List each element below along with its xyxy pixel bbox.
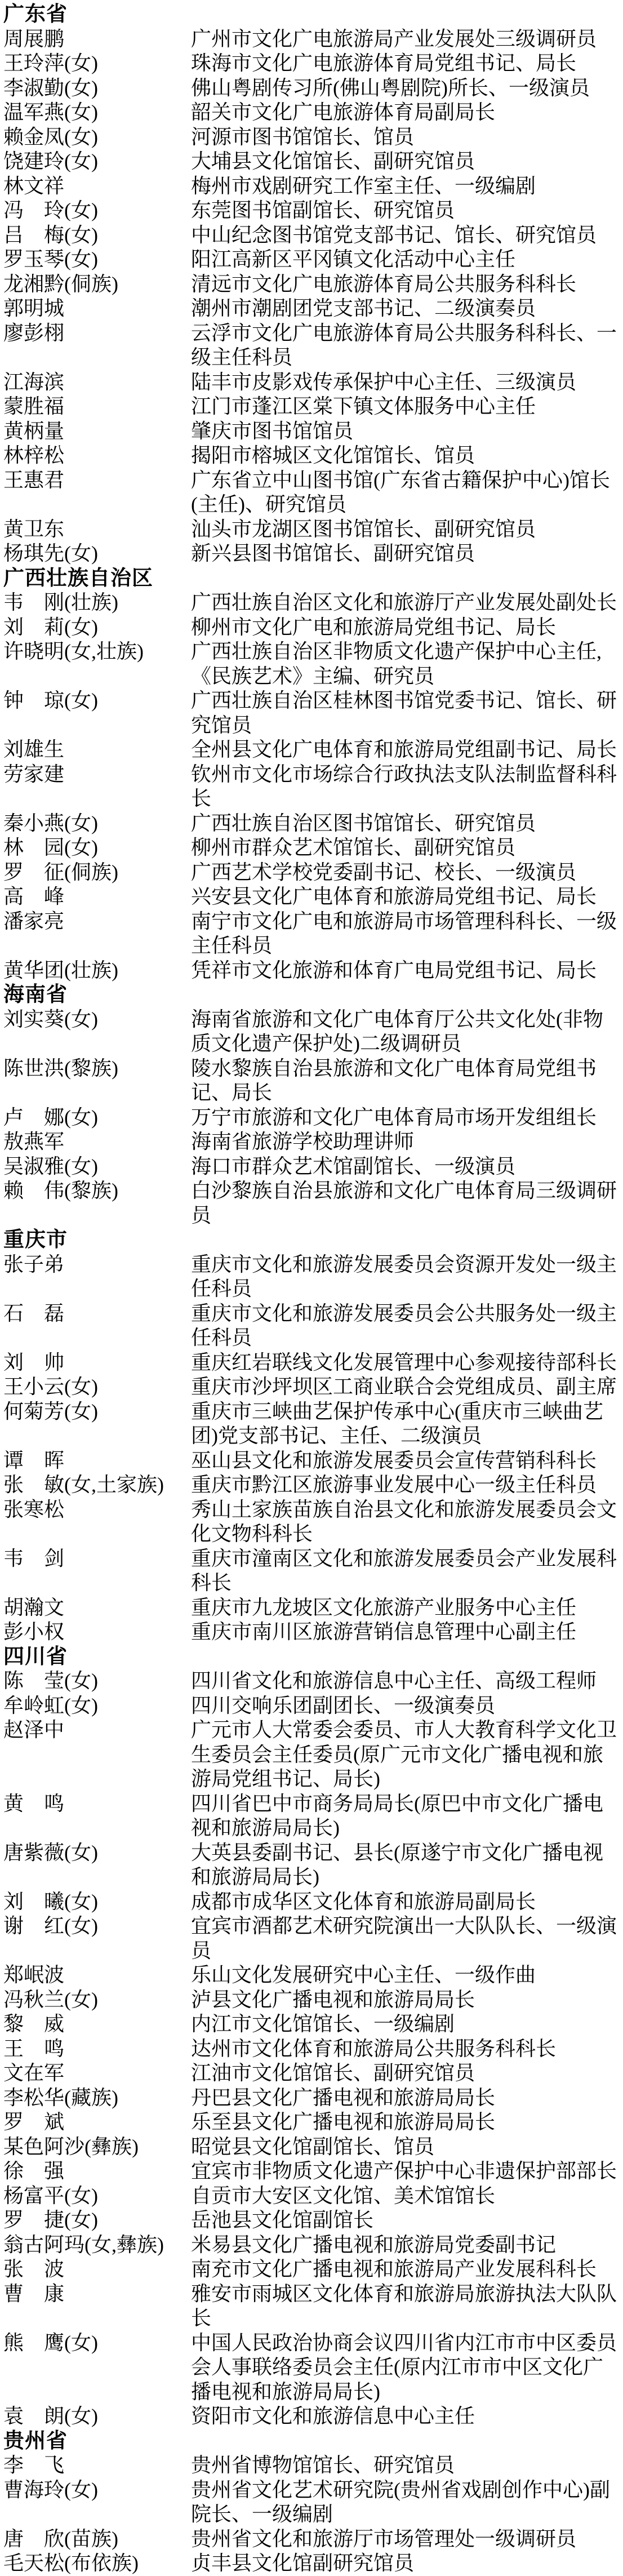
person-position: 河源市图书馆馆长、馆员: [191, 125, 623, 150]
person-position: 全州县文化广电体育和旅游局党组副书记、局长: [191, 738, 623, 762]
entry-row: 潘家亮南宁市文化广电和旅游局市场管理科科长、一级主任科员: [0, 909, 623, 958]
person-name: 赖 伟(黎族): [0, 1179, 191, 1203]
person-position: 宜宾市非物质文化遗产保护中心非遗保护部部长: [191, 2159, 623, 2184]
person-position: 重庆市九龙坡区文化旅游产业服务中心主任: [191, 1596, 623, 1620]
entry-row: 龙湘黔(侗族)清远市文化广电旅游体育局公共服务科科长: [0, 272, 623, 297]
entry-row: 罗 斌乐至县文化广播电视和旅游局局长: [0, 2110, 623, 2135]
person-position: 江门市蓬江区棠下镇文体服务中心主任: [191, 394, 623, 419]
person-name: 林文祥: [0, 174, 191, 199]
person-name: 高 峰: [0, 885, 191, 909]
person-position: 清远市文化广电旅游体育局公共服务科科长: [191, 272, 623, 297]
person-position: 内江市文化馆馆长、一级编剧: [191, 2012, 623, 2037]
entry-row: 林 园(女)柳州市群众艺术馆馆长、副研究馆员: [0, 836, 623, 860]
person-position: 佛山粤剧传习所(佛山粤剧院)所长、一级演员: [191, 76, 623, 101]
person-position: 重庆市文化和旅游发展委员会资源开发处一级主任科员: [191, 1253, 623, 1302]
person-position: 成都市成华区文化体育和旅游局副局长: [191, 1890, 623, 1915]
person-position: 贵州省博物馆馆长、研究馆员: [191, 2453, 623, 2478]
person-name: 韦 剑: [0, 1547, 191, 1571]
person-name: 钟 琼(女): [0, 689, 191, 713]
entry-row: 黄华团(壮族)凭祥市文化旅游和体育广电局党组书记、局长: [0, 958, 623, 983]
person-name: 吕 梅(女): [0, 223, 191, 248]
person-position: 重庆红岩联线文化发展管理中心参观接待部科长: [191, 1351, 623, 1375]
person-name: 赵泽中: [0, 1718, 191, 1743]
entry-row: 王小云(女)重庆市沙坪坝区工商业联合会党组成员、副主席: [0, 1375, 623, 1400]
person-name: 王惠君: [0, 468, 191, 493]
person-name: 谭 晖: [0, 1449, 191, 1473]
entry-row: 赵泽中广元市人大常委会委员、市人大教育科学文化卫生委员会主任委员(原广元市文化广…: [0, 1718, 623, 1792]
person-position: 万宁市旅游和文化广电体育局市场开发组组长: [191, 1105, 623, 1130]
person-position: 重庆市三峡曲艺保护传承中心(重庆市三峡曲艺团)党支部书记、主任、二级演员: [191, 1400, 623, 1449]
person-name: 饶建玲(女): [0, 149, 191, 174]
person-name: 敖燕军: [0, 1130, 191, 1154]
person-name: 罗 斌: [0, 2110, 191, 2135]
person-name: 黎 威: [0, 2012, 191, 2037]
person-position: 广西艺术学校党委副书记、校长、一级演员: [191, 860, 623, 885]
person-position: 自贡市大安区文化馆、美术馆馆长: [191, 2184, 623, 2209]
person-position: 肇庆市图书馆馆员: [191, 419, 623, 444]
person-position: 海口市群众艺术馆副馆长、一级演员: [191, 1154, 623, 1179]
entry-row: 廖彭栩云浮市文化广电旅游体育局公共服务科科长、一级主任科员: [0, 321, 623, 370]
entry-row: 高 峰兴安县文化广电体育和旅游局党组书记、局长: [0, 885, 623, 909]
person-name: 陈 莹(女): [0, 1669, 191, 1694]
person-name: 王 鸣: [0, 2037, 191, 2062]
person-position: 重庆市沙坪坝区工商业联合会党组成员、副主席: [191, 1375, 623, 1400]
person-position: 东莞图书馆副馆长、研究馆员: [191, 198, 623, 223]
entry-row: 卢 娜(女)万宁市旅游和文化广电体育局市场开发组组长: [0, 1105, 623, 1130]
person-position: 南充市文化广播电视和旅游局产业发展科科长: [191, 2257, 623, 2282]
entry-row: 李松华(藏族)丹巴县文化广播电视和旅游局局长: [0, 2086, 623, 2111]
person-position: 重庆市潼南区文化和旅游发展委员会产业发展科科长: [191, 1547, 623, 1596]
entry-row: 黄 鸣四川省巴中市商务局局长(原巴中市文化广播电视和旅游局局长): [0, 1792, 623, 1841]
entry-row: 劳家建钦州市文化市场综合行政执法支队法制监督科科长: [0, 762, 623, 811]
person-name: 王小云(女): [0, 1375, 191, 1400]
person-name: 黄柄量: [0, 419, 191, 444]
person-position: 广西壮族自治区文化和旅游厅产业发展处副处长: [191, 590, 623, 615]
person-name: 赖金凤(女): [0, 125, 191, 150]
person-name: 牟岭虹(女): [0, 1694, 191, 1718]
person-name: 翁古阿玛(女,彝族): [0, 2233, 191, 2258]
person-name: 彭小权: [0, 1620, 191, 1645]
entry-row: 黄柄量肇庆市图书馆馆员: [0, 419, 623, 444]
entry-row: 赖金凤(女)河源市图书馆馆长、馆员: [0, 125, 623, 150]
roster-list: 广东省周展鹏广州市文化广电旅游局产业发展处三级调研员王玲萍(女)珠海市文化广电旅…: [0, 2, 623, 2576]
entry-row: 韦 剑重庆市潼南区文化和旅游发展委员会产业发展科科长: [0, 1547, 623, 1596]
person-name: 王玲萍(女): [0, 51, 191, 76]
section-header: 广东省: [0, 2, 623, 27]
person-name: 罗 征(侗族): [0, 860, 191, 885]
person-name: 张子弟: [0, 1253, 191, 1277]
entry-row: 张 敏(女,土家族)重庆市黔江区旅游事业发展中心一级主任科员: [0, 1473, 623, 1498]
entry-row: 刘 帅重庆红岩联线文化发展管理中心参观接待部科长: [0, 1351, 623, 1375]
person-position: 资阳市文化和旅游信息中心主任: [191, 2404, 623, 2429]
person-position: 梅州市戏剧研究工作室主任、一级编剧: [191, 174, 623, 199]
person-position: 陆丰市皮影戏传承保护中心主任、三级演员: [191, 370, 623, 395]
person-name: 周展鹏: [0, 27, 191, 52]
person-name: 刘实葵(女): [0, 1007, 191, 1032]
entry-row: 林文祥梅州市戏剧研究工作室主任、一级编剧: [0, 174, 623, 199]
person-position: 韶关市文化广电旅游体育局副局长: [191, 100, 623, 125]
person-name: 韦 刚(壮族): [0, 590, 191, 615]
entry-row: 韦 刚(壮族)广西壮族自治区文化和旅游厅产业发展处副处长: [0, 590, 623, 615]
entry-row: 杨琪先(女)新兴县图书馆馆长、副研究馆员: [0, 541, 623, 566]
entry-row: 曹海玲(女)贵州省文化艺术研究院(贵州省戏剧创作中心)副院长、一级编剧: [0, 2478, 623, 2527]
person-name: 曹海玲(女): [0, 2478, 191, 2503]
person-name: 何菊芳(女): [0, 1400, 191, 1424]
person-position: 南宁市文化广电和旅游局市场管理科科长、一级主任科员: [191, 909, 623, 958]
entry-row: 林梓松揭阳市榕城区文化馆馆长、馆员: [0, 443, 623, 468]
person-name: 张寒松: [0, 1498, 191, 1522]
entry-row: 陈 莹(女)四川省文化和旅游信息中心主任、高级工程师: [0, 1669, 623, 1694]
person-position: 陵水黎族自治县旅游和文化广电体育局党组书记、局长: [191, 1056, 623, 1105]
person-name: 黄华团(壮族): [0, 958, 191, 983]
entry-row: 赖 伟(黎族)白沙黎族自治县旅游和文化广电体育局三级调研员: [0, 1179, 623, 1228]
person-name: 廖彭栩: [0, 321, 191, 346]
person-name: 罗 捷(女): [0, 2208, 191, 2233]
entry-row: 张子弟重庆市文化和旅游发展委员会资源开发处一级主任科员: [0, 1253, 623, 1302]
entry-row: 黎 威内江市文化馆馆长、一级编剧: [0, 2012, 623, 2037]
person-name: 陈世洪(黎族): [0, 1056, 191, 1081]
person-name: 劳家建: [0, 762, 191, 787]
entry-row: 周展鹏广州市文化广电旅游局产业发展处三级调研员: [0, 27, 623, 52]
entry-row: 江海滨陆丰市皮影戏传承保护中心主任、三级演员: [0, 370, 623, 395]
person-name: 冯秋兰(女): [0, 1988, 191, 2013]
person-name: 张 波: [0, 2257, 191, 2282]
entry-row: 某色阿沙(彝族)昭觉县文化馆副馆长、馆员: [0, 2135, 623, 2160]
entry-row: 陈世洪(黎族)陵水黎族自治县旅游和文化广电体育局党组书记、局长: [0, 1056, 623, 1105]
entry-row: 刘雄生全州县文化广电体育和旅游局党组副书记、局长: [0, 738, 623, 762]
person-name: 蒙胜福: [0, 394, 191, 419]
person-name: 刘 帅: [0, 1351, 191, 1375]
section-header: 重庆市: [0, 1228, 623, 1253]
person-position: 米易县文化广播电视和旅游局党委副书记: [191, 2233, 623, 2258]
person-name: 杨琪先(女): [0, 541, 191, 566]
person-name: 熊 鹰(女): [0, 2331, 191, 2356]
person-name: 袁 朗(女): [0, 2404, 191, 2429]
person-name: 曹 康: [0, 2282, 191, 2307]
person-position: 柳州市文化广电和旅游局党组书记、局长: [191, 615, 623, 640]
person-position: 海南省旅游和文化广电体育厅公共文化处(非物质文化遗产保护处)二级调研员: [191, 1007, 623, 1056]
entry-row: 温军燕(女)韶关市文化广电旅游体育局副局长: [0, 100, 623, 125]
entry-row: 李 飞贵州省博物馆馆长、研究馆员: [0, 2453, 623, 2478]
entry-row: 罗 征(侗族)广西艺术学校党委副书记、校长、一级演员: [0, 860, 623, 885]
person-name: 徐 强: [0, 2159, 191, 2184]
person-position: 江油市文化馆馆长、副研究馆员: [191, 2061, 623, 2086]
person-position: 汕头市龙湖区图书馆馆长、副研究馆员: [191, 517, 623, 542]
person-name: 某色阿沙(彝族): [0, 2135, 191, 2160]
person-position: 广州市文化广电旅游局产业发展处三级调研员: [191, 27, 623, 52]
person-name: 李淑勤(女): [0, 76, 191, 101]
person-position: 四川交响乐团副团长、一级演奏员: [191, 1694, 623, 1718]
entry-row: 敖燕军海南省旅游学校助理讲师: [0, 1130, 623, 1154]
person-position: 广西壮族自治区非物质文化遗产保护中心主任,《民族艺术》主编、研究员: [191, 639, 623, 689]
person-position: 大埔县文化馆馆长、副研究馆员: [191, 149, 623, 174]
person-name: 林梓松: [0, 443, 191, 468]
person-position: 柳州市群众艺术馆馆长、副研究馆员: [191, 836, 623, 860]
person-name: 林 园(女): [0, 836, 191, 860]
entry-row: 张寒松秀山土家族苗族自治县文化和旅游发展委员会文化文物科科长: [0, 1498, 623, 1547]
person-position: 大英县委副书记、县长(原遂宁市文化广播电视和旅游局局长): [191, 1841, 623, 1890]
entry-row: 翁古阿玛(女,彝族)米易县文化广播电视和旅游局党委副书记: [0, 2233, 623, 2258]
entry-row: 郭明城潮州市潮剧团党支部书记、二级演奏员: [0, 296, 623, 321]
entry-row: 冯秋兰(女)泸县文化广播电视和旅游局局长: [0, 1988, 623, 2013]
person-position: 巫山县文化和旅游发展委员会宣传营销科科长: [191, 1449, 623, 1473]
entry-row: 刘 莉(女)柳州市文化广电和旅游局党组书记、局长: [0, 615, 623, 640]
person-position: 秀山土家族苗族自治县文化和旅游发展委员会文化文物科科长: [191, 1498, 623, 1547]
entry-row: 熊 鹰(女)中国人民政治协商会议四川省内江市市中区委员会人事联络委员会主任(原内…: [0, 2331, 623, 2405]
entry-row: 秦小燕(女)广西壮族自治区图书馆馆长、研究馆员: [0, 811, 623, 836]
entry-row: 钟 琼(女)广西壮族自治区桂林图书馆党委书记、馆长、研究馆员: [0, 689, 623, 738]
entry-row: 张 波南充市文化广播电视和旅游局产业发展科科长: [0, 2257, 623, 2282]
entry-row: 许晓明(女,壮族)广西壮族自治区非物质文化遗产保护中心主任,《民族艺术》主编、研…: [0, 639, 623, 689]
person-name: 黄卫东: [0, 517, 191, 542]
person-name: 江海滨: [0, 370, 191, 395]
entry-row: 冯 玲(女)东莞图书馆副馆长、研究馆员: [0, 198, 623, 223]
person-name: 谢 红(女): [0, 1914, 191, 1939]
person-position: 昭觉县文化馆副馆长、馆员: [191, 2135, 623, 2160]
entry-row: 刘 曦(女)成都市成华区文化体育和旅游局副局长: [0, 1890, 623, 1915]
entry-row: 饶建玲(女)大埔县文化馆馆长、副研究馆员: [0, 149, 623, 174]
person-position: 雅安市雨城区文化体育和旅游局旅游执法大队队长: [191, 2282, 623, 2331]
person-position: 白沙黎族自治县旅游和文化广电体育局三级调研员: [191, 1179, 623, 1228]
entry-row: 唐紫薇(女)大英县委副书记、县长(原遂宁市文化广播电视和旅游局局长): [0, 1841, 623, 1890]
person-name: 吴淑雅(女): [0, 1154, 191, 1179]
person-position: 钦州市文化市场综合行政执法支队法制监督科科长: [191, 762, 623, 811]
section-header: 贵州省: [0, 2429, 623, 2454]
person-position: 潮州市潮剧团党支部书记、二级演奏员: [191, 296, 623, 321]
person-position: 重庆市南川区旅游营销信息管理中心副主任: [191, 1620, 623, 1645]
person-name: 温军燕(女): [0, 100, 191, 125]
person-name: 罗玉琴(女): [0, 247, 191, 272]
person-position: 阳江高新区平冈镇文化活动中心主任: [191, 247, 623, 272]
person-position: 乐山文化发展研究中心主任、一级作曲: [191, 1963, 623, 1988]
person-position: 广西壮族自治区图书馆馆长、研究馆员: [191, 811, 623, 836]
person-name: 文在军: [0, 2061, 191, 2086]
entry-row: 刘实葵(女)海南省旅游和文化广电体育厅公共文化处(非物质文化遗产保护处)二级调研…: [0, 1007, 623, 1056]
person-name: 唐 欣(苗族): [0, 2527, 191, 2552]
section-header: 海南省: [0, 983, 623, 1007]
entry-row: 王惠君广东省立中山图书馆(广东省古籍保护中心)馆长(主任)、研究馆员: [0, 468, 623, 517]
entry-row: 彭小权重庆市南川区旅游营销信息管理中心副主任: [0, 1620, 623, 1645]
person-position: 广西壮族自治区桂林图书馆党委书记、馆长、研究馆员: [191, 689, 623, 738]
person-position: 宜宾市酒都艺术研究院演出一大队队长、一级演员: [191, 1914, 623, 1963]
person-name: 毛天松(布依族): [0, 2551, 191, 2576]
person-position: 达州市文化体育和旅游局公共服务科科长: [191, 2037, 623, 2062]
entry-row: 王 鸣达州市文化体育和旅游局公共服务科科长: [0, 2037, 623, 2062]
section-header: 四川省: [0, 1645, 623, 1669]
person-position: 贵州省文化艺术研究院(贵州省戏剧创作中心)副院长、一级编剧: [191, 2478, 623, 2527]
section-header: 广西壮族自治区: [0, 566, 623, 591]
person-position: 云浮市文化广电旅游体育局公共服务科科长、一级主任科员: [191, 321, 623, 370]
person-position: 四川省文化和旅游信息中心主任、高级工程师: [191, 1669, 623, 1694]
person-position: 凭祥市文化旅游和体育广电局党组书记、局长: [191, 958, 623, 983]
entry-row: 袁 朗(女)资阳市文化和旅游信息中心主任: [0, 2404, 623, 2429]
entry-row: 吴淑雅(女)海口市群众艺术馆副馆长、一级演员: [0, 1154, 623, 1179]
entry-row: 王玲萍(女)珠海市文化广电旅游体育局党组书记、局长: [0, 51, 623, 76]
person-position: 中国人民政治协商会议四川省内江市市中区委员会人事联络委员会主任(原内江市市中区文…: [191, 2331, 623, 2405]
entry-row: 杨富平(女)自贡市大安区文化馆、美术馆馆长: [0, 2184, 623, 2209]
entry-row: 郑岷波乐山文化发展研究中心主任、一级作曲: [0, 1963, 623, 1988]
person-name: 杨富平(女): [0, 2184, 191, 2209]
person-position: 泸县文化广播电视和旅游局局长: [191, 1988, 623, 2013]
person-position: 中山纪念图书馆党支部书记、馆长、研究馆员: [191, 223, 623, 248]
person-name: 胡瀚文: [0, 1596, 191, 1620]
person-name: 刘 莉(女): [0, 615, 191, 640]
person-position: 重庆市文化和旅游发展委员会公共服务处一级主任科员: [191, 1302, 623, 1351]
person-position: 重庆市黔江区旅游事业发展中心一级主任科员: [191, 1473, 623, 1498]
person-name: 郭明城: [0, 296, 191, 321]
person-position: 岳池县文化馆副馆长: [191, 2208, 623, 2233]
person-position: 丹巴县文化广播电视和旅游局局长: [191, 2086, 623, 2111]
person-name: 郑岷波: [0, 1963, 191, 1988]
person-position: 贞丰县文化馆副研究馆员: [191, 2551, 623, 2576]
entry-row: 谭 晖巫山县文化和旅游发展委员会宣传营销科科长: [0, 1449, 623, 1473]
person-position: 乐至县文化广播电视和旅游局局长: [191, 2110, 623, 2135]
person-position: 广元市人大常委会委员、市人大教育科学文化卫生委员会主任委员(原广元市文化广播电视…: [191, 1718, 623, 1792]
person-name: 龙湘黔(侗族): [0, 272, 191, 297]
person-position: 海南省旅游学校助理讲师: [191, 1130, 623, 1154]
person-name: 李松华(藏族): [0, 2086, 191, 2111]
person-name: 石 磊: [0, 1302, 191, 1326]
person-name: 卢 娜(女): [0, 1105, 191, 1130]
entry-row: 蒙胜福江门市蓬江区棠下镇文体服务中心主任: [0, 394, 623, 419]
person-name: 李 飞: [0, 2453, 191, 2478]
entry-row: 罗玉琴(女)阳江高新区平冈镇文化活动中心主任: [0, 247, 623, 272]
person-position: 新兴县图书馆馆长、副研究馆员: [191, 541, 623, 566]
person-name: 潘家亮: [0, 909, 191, 934]
entry-row: 毛天松(布依族)贞丰县文化馆副研究馆员: [0, 2551, 623, 2576]
person-name: 秦小燕(女): [0, 811, 191, 836]
person-name: 刘 曦(女): [0, 1890, 191, 1915]
entry-row: 唐 欣(苗族)贵州省文化和旅游厅市场管理处一级调研员: [0, 2527, 623, 2552]
entry-row: 李淑勤(女)佛山粤剧传习所(佛山粤剧院)所长、一级演员: [0, 76, 623, 101]
entry-row: 谢 红(女)宜宾市酒都艺术研究院演出一大队队长、一级演员: [0, 1914, 623, 1963]
person-name: 冯 玲(女): [0, 198, 191, 223]
entry-row: 石 磊重庆市文化和旅游发展委员会公共服务处一级主任科员: [0, 1302, 623, 1351]
person-name: 黄 鸣: [0, 1792, 191, 1816]
person-name: 唐紫薇(女): [0, 1841, 191, 1866]
entry-row: 胡瀚文重庆市九龙坡区文化旅游产业服务中心主任: [0, 1596, 623, 1620]
personnel-roster-document: 广东省周展鹏广州市文化广电旅游局产业发展处三级调研员王玲萍(女)珠海市文化广电旅…: [0, 0, 623, 2576]
person-position: 四川省巴中市商务局局长(原巴中市文化广播电视和旅游局局长): [191, 1792, 623, 1841]
person-position: 广东省立中山图书馆(广东省古籍保护中心)馆长(主任)、研究馆员: [191, 468, 623, 517]
person-name: 张 敏(女,土家族): [0, 1473, 191, 1498]
entry-row: 文在军江油市文化馆馆长、副研究馆员: [0, 2061, 623, 2086]
entry-row: 徐 强宜宾市非物质文化遗产保护中心非遗保护部部长: [0, 2159, 623, 2184]
person-position: 揭阳市榕城区文化馆馆长、馆员: [191, 443, 623, 468]
entry-row: 牟岭虹(女)四川交响乐团副团长、一级演奏员: [0, 1694, 623, 1718]
entry-row: 罗 捷(女)岳池县文化馆副馆长: [0, 2208, 623, 2233]
person-name: 刘雄生: [0, 738, 191, 762]
person-position: 兴安县文化广电体育和旅游局党组书记、局长: [191, 885, 623, 909]
entry-row: 曹 康雅安市雨城区文化体育和旅游局旅游执法大队队长: [0, 2282, 623, 2331]
entry-row: 吕 梅(女)中山纪念图书馆党支部书记、馆长、研究馆员: [0, 223, 623, 248]
person-name: 许晓明(女,壮族): [0, 639, 191, 664]
entry-row: 何菊芳(女)重庆市三峡曲艺保护传承中心(重庆市三峡曲艺团)党支部书记、主任、二级…: [0, 1400, 623, 1449]
person-position: 珠海市文化广电旅游体育局党组书记、局长: [191, 51, 623, 76]
person-position: 贵州省文化和旅游厅市场管理处一级调研员: [191, 2527, 623, 2552]
entry-row: 黄卫东汕头市龙湖区图书馆馆长、副研究馆员: [0, 517, 623, 542]
